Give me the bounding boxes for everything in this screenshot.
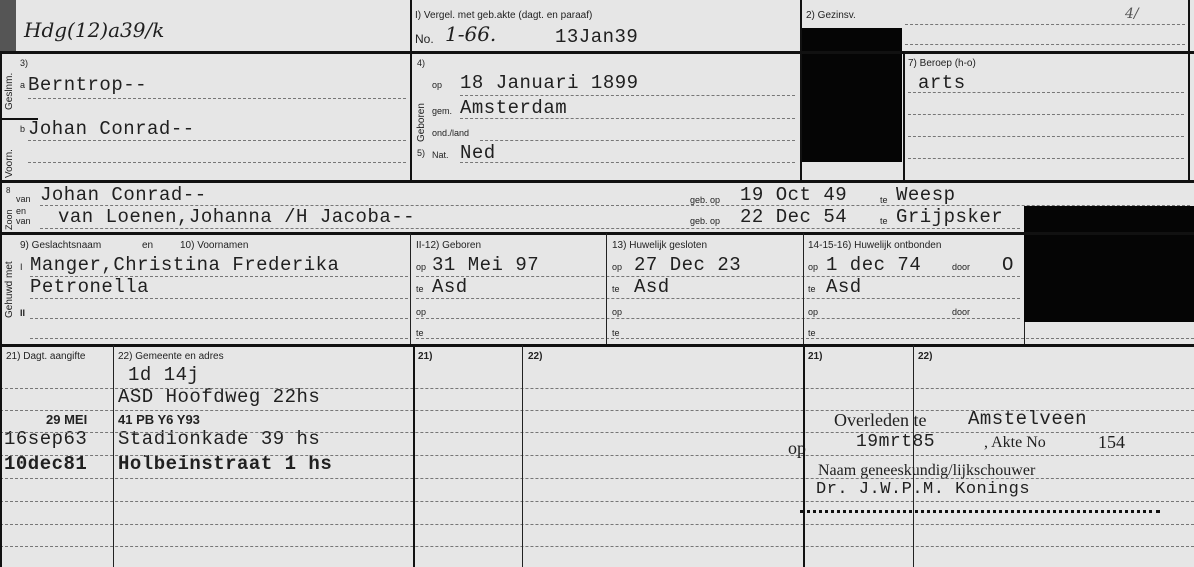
grid-line [606, 233, 607, 344]
grid-line [0, 52, 2, 567]
van-label: van [16, 194, 31, 204]
names-label-en: en [142, 240, 153, 251]
names-label-9: 9) Geslachtsnaam [20, 240, 101, 251]
birth-gem-label: gem. [432, 106, 452, 116]
spouse-born-label: II-12) Geboren [416, 240, 481, 251]
field-5-label: 5) [417, 148, 425, 158]
address-row-2: ASD Hoofdweg 22hs [118, 386, 320, 408]
father-name: Johan Conrad-- [40, 184, 207, 206]
address-date-3: 29 MEI [46, 412, 87, 427]
grid-line [0, 180, 1194, 183]
address-row-5: Holbeinstraat 1 hs [118, 453, 332, 475]
married-label: 13) Huwelijk gesloten [612, 240, 707, 251]
address-date-5: 10dec81 [4, 453, 87, 475]
dissolved-label: 14-15-16) Huwelijk ontbonden [808, 240, 941, 251]
spouse-birth-date: 31 Mei 97 [432, 254, 539, 276]
married-side-label: Gehuwd met [4, 261, 15, 318]
address-row-3: 41 PB Y6 Y93 [118, 412, 200, 427]
col21b-label: 21) [418, 351, 432, 362]
examiner-name: Dr. J.W.P.M. Konings [816, 480, 1030, 499]
surname-side-label: Geslnm. [4, 73, 15, 110]
rule [30, 298, 408, 299]
nationality-value: Ned [460, 142, 496, 164]
rule [28, 162, 406, 163]
birth-op-label: op [432, 80, 442, 90]
field-3-label: 3) [20, 58, 28, 68]
dissolved-op-2: op [808, 307, 818, 317]
surname-value: Berntrop-- [28, 74, 147, 96]
rule [28, 98, 406, 99]
rule [416, 338, 1194, 339]
grid-line [803, 233, 804, 344]
rule [905, 24, 1185, 25]
mother-name: van Loenen,Johanna /H Jacoba-- [58, 206, 415, 228]
firstname-marker: b [20, 124, 25, 134]
rule [416, 276, 1020, 277]
redaction-box [1024, 206, 1194, 322]
occupation-label: 7) Beroep (h-o) [908, 58, 976, 69]
death-place: Amstelveen [968, 408, 1087, 430]
nat-label: Nat. [432, 150, 449, 160]
spouse-name-line1: Manger,Christina Frederika [30, 254, 339, 276]
marriage-place: Asd [634, 276, 670, 298]
field-1-label: I) Vergel. met geb.akte (dagt. en paraaf… [415, 10, 592, 21]
dissolved-date: 1 dec 74 [826, 254, 921, 276]
father-geb-op-label: geb. op [690, 195, 720, 205]
grid-line [0, 51, 1194, 54]
mother-geb-op-label: geb. op [690, 216, 720, 226]
rule [416, 298, 1020, 299]
married-te-2: te [612, 328, 620, 338]
address-row-1: 1d 14j [128, 364, 199, 386]
dissolved-te-label: te [808, 284, 816, 294]
rule [908, 114, 1184, 115]
grid-line [410, 233, 411, 344]
col21-label: 21) Dagt. aangifte [6, 351, 86, 362]
death-akte-label: , Akte No [984, 434, 1046, 452]
redaction-box [802, 28, 902, 162]
grid-line [903, 52, 905, 180]
rule [0, 455, 1194, 456]
field-1-no-label: No. [415, 32, 434, 46]
rule [416, 318, 1020, 319]
birth-municipality: Amsterdam [460, 97, 567, 119]
marriage-date: 27 Dec 23 [634, 254, 741, 276]
dotted-signature-line [800, 510, 1160, 513]
grid-line [0, 232, 1194, 235]
field-8-label: 8 [6, 186, 10, 195]
spouse-birth-te-label: te [416, 284, 424, 294]
grid-line [800, 0, 802, 180]
rule [905, 44, 1185, 45]
father-te-label: te [880, 195, 888, 205]
rule [0, 524, 1194, 525]
spouse-birth-op-label: op [416, 262, 426, 272]
rule [30, 318, 408, 319]
col22-label: 22) Gemeente en adres [118, 351, 224, 362]
grid-line [410, 0, 412, 180]
birth-date: 18 Januari 1899 [460, 72, 639, 94]
field-2-label: 2) Gezinsv. [806, 10, 856, 21]
married-op-2: op [612, 307, 622, 317]
dissolved-place: Asd [826, 276, 862, 298]
grid-line [522, 345, 523, 567]
rule [460, 95, 795, 96]
grid-line [413, 345, 415, 567]
grid-line [0, 344, 1194, 347]
marker-2: II [20, 308, 25, 318]
rule [480, 140, 795, 141]
grid-line [1024, 322, 1025, 344]
col22b-label: 22) [528, 351, 542, 362]
dissolved-op-label: op [808, 262, 818, 272]
dissolved-by: O [1002, 254, 1014, 276]
grid-line [803, 345, 805, 567]
death-col22-label: 22) [918, 351, 932, 362]
father-birth-place: Weesp [896, 184, 956, 206]
rule [0, 432, 1194, 433]
rule [908, 158, 1184, 159]
rule [40, 205, 1190, 206]
spouse-name-line2: Petronella [30, 276, 149, 298]
dissolved-door-label: door [952, 262, 970, 272]
occupation-value: arts [918, 72, 966, 94]
rule [460, 162, 795, 163]
birth-side-label: Geboren [416, 103, 427, 142]
surname-marker: a [20, 80, 25, 90]
dissolved-te-2: te [808, 328, 816, 338]
field-1-date: 13Jan39 [555, 26, 638, 48]
dissolved-door-2: door [952, 307, 970, 317]
marker-1: I [20, 262, 23, 272]
handwritten-reference: Hdg(12)a39/k [24, 18, 164, 42]
mother-birth-place: Grijpsker [896, 206, 1003, 228]
en-label: en [16, 206, 26, 216]
father-birth-date: 19 Oct 49 [740, 184, 847, 206]
grid-line [113, 345, 114, 567]
rule [460, 118, 795, 119]
rule [908, 92, 1184, 93]
spouse-birth-place: Asd [432, 276, 468, 298]
mother-birth-date: 22 Dec 54 [740, 206, 847, 228]
van-label-2: van [16, 216, 31, 226]
grid-line [1188, 0, 1190, 180]
mother-te-label: te [880, 216, 888, 226]
rule [30, 338, 408, 339]
rule [40, 228, 1020, 229]
rule [28, 140, 406, 141]
married-te-label: te [612, 284, 620, 294]
rule [0, 546, 1194, 547]
married-op-label: op [612, 262, 622, 272]
firstname-side-label: Voorn. [4, 149, 15, 178]
names-label-10: 10) Voornamen [180, 240, 248, 251]
persoonskaart-card: Hdg(12)a39/k I) Vergel. met geb.akte (da… [0, 0, 1194, 567]
firstname-value: Johan Conrad-- [28, 118, 195, 140]
rule [908, 136, 1184, 137]
rule [0, 501, 1194, 502]
death-date: 19mrt85 [856, 432, 935, 452]
spouse-op-2: op [416, 307, 426, 317]
left-edge-shadow [0, 0, 16, 52]
field-1-no-value: 1-66. [445, 22, 496, 46]
death-akte-no: 154 [1098, 432, 1125, 453]
son-side-label: Zoon [4, 209, 14, 230]
field-2-value: 4/ [1125, 6, 1139, 22]
birth-ond-label: ond./land [432, 128, 469, 138]
field-4-label: 4) [417, 58, 425, 68]
spouse-te-2: te [416, 328, 424, 338]
examiner-label: Naam geneeskundig/lijkschouwer [818, 462, 1035, 480]
grid-line [913, 345, 914, 567]
death-col21-label: 21) [808, 351, 822, 362]
rule [0, 388, 1194, 389]
